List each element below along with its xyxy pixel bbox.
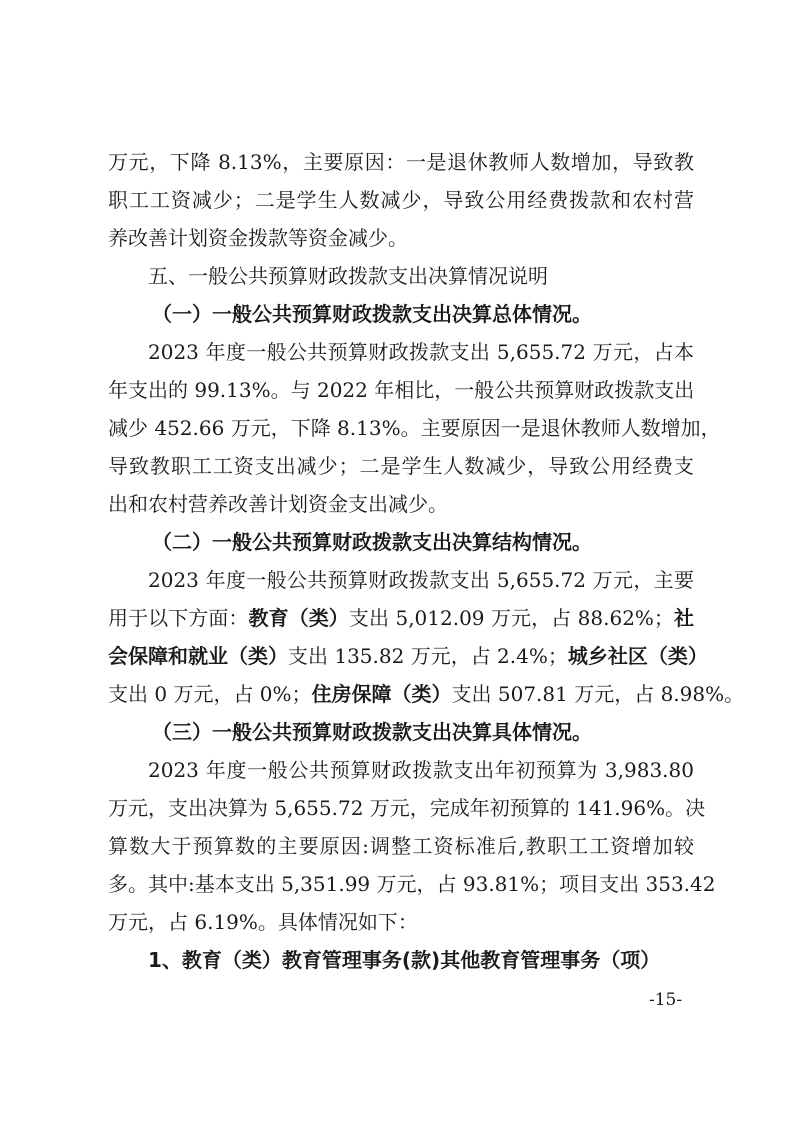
paragraph-line: 万元，下降 8.13%，主要原因：一是退休教师人数增加，导致教 (108, 143, 694, 181)
category-label-education: 教育（类） (249, 606, 349, 630)
subsection-heading: （二）一般公共预算财政拨款支出决算结构情况。 (108, 523, 694, 561)
paragraph-line: 万元，占 6.19%。具体情况如下： (108, 903, 694, 941)
paragraph-line: 用于以下方面：教育（类）支出 5,012.09 万元，占 88.62%；社 (108, 599, 694, 637)
paragraph-line: 导致教职工工资支出减少；二是学生人数减少，导致公用经费支 (108, 447, 694, 485)
section-heading: 五、一般公共预算财政拨款支出决算情况说明 (108, 257, 694, 295)
paragraph-line: 多。其中:基本支出 5,351.99 万元，占 93.81%；项目支出 353.… (108, 865, 694, 903)
paragraph-line: 算数大于预算数的主要原因:调整工资标准后,教职工工资增加较 (108, 827, 694, 865)
text-segment: 支出 135.82 万元，占 2.4%； (288, 644, 568, 668)
category-label-housing: 住房保障（类） (312, 682, 452, 706)
paragraph-line: 减少 452.66 万元，下降 8.13%。主要原因一是退休教师人数增加， (108, 409, 694, 447)
paragraph-line: 支出 0 万元，占 0%；住房保障（类）支出 507.81 万元，占 8.98%… (108, 675, 694, 713)
paragraph-line: 会保障和就业（类）支出 135.82 万元，占 2.4%；城乡社区（类） (108, 637, 694, 675)
item-heading: 1、教育（类）教育管理事务(款)其他教育管理事务（项） (108, 941, 694, 979)
paragraph-line: 职工工资减少；二是学生人数减少，导致公用经费拨款和农村营 (108, 181, 694, 219)
subsection-heading: （三）一般公共预算财政拨款支出决算具体情况。 (108, 713, 694, 751)
category-label-social: 社 (674, 606, 694, 630)
page-number: -15- (649, 990, 682, 1010)
text-segment: 支出 5,012.09 万元，占 88.62%； (349, 606, 674, 630)
category-label-urban: 城乡社区（类） (568, 644, 708, 668)
paragraph-line: 2023 年度一般公共预算财政拨款支出 5,655.72 万元，主要 (108, 561, 694, 599)
subsection-heading: （一）一般公共预算财政拨款支出决算总体情况。 (108, 295, 694, 333)
text-segment: 用于以下方面： (108, 606, 249, 630)
text-segment: 支出 507.81 万元，占 8.98%。 (452, 682, 745, 706)
document-page: 万元，下降 8.13%，主要原因：一是退休教师人数增加，导致教 职工工资减少；二… (108, 143, 694, 979)
paragraph-line: 万元，支出决算为 5,655.72 万元，完成年初预算的 141.96%。决 (108, 789, 694, 827)
category-label-social: 会保障和就业（类） (108, 644, 288, 668)
paragraph-line: 养改善计划资金拨款等资金减少。 (108, 219, 694, 257)
paragraph-line: 出和农村营养改善计划资金支出减少。 (108, 485, 694, 523)
paragraph-line: 2023 年度一般公共预算财政拨款支出 5,655.72 万元，占本 (108, 333, 694, 371)
paragraph-line: 2023 年度一般公共预算财政拨款支出年初预算为 3,983.80 (108, 751, 694, 789)
text-segment: 支出 0 万元，占 0%； (108, 682, 312, 706)
paragraph-line: 年支出的 99.13%。与 2022 年相比，一般公共预算财政拨款支出 (108, 371, 694, 409)
